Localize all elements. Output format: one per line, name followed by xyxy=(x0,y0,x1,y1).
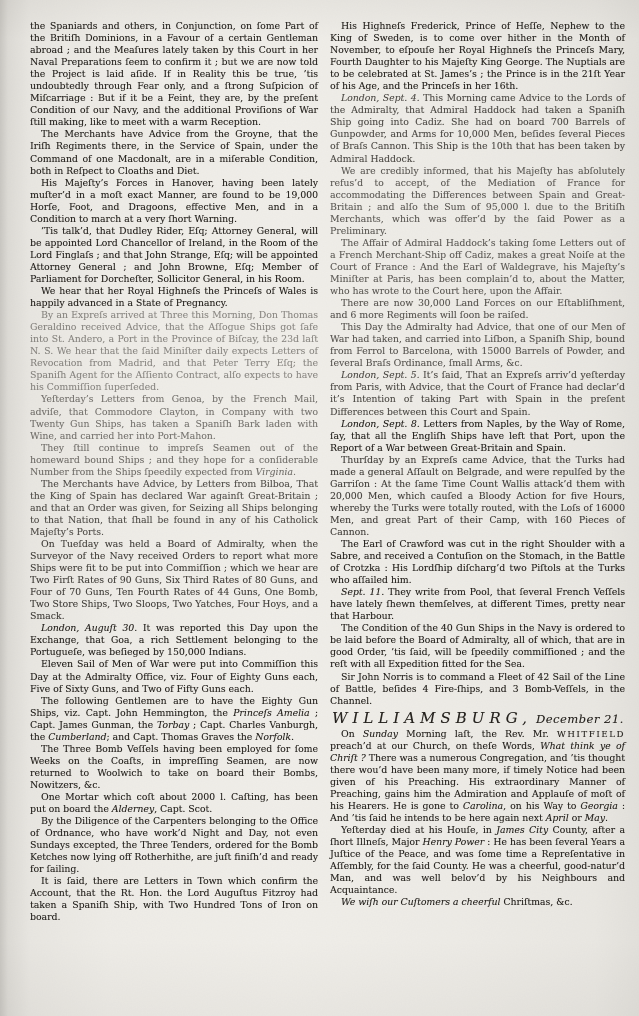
italic-text-run: December 21. xyxy=(532,712,624,726)
paragraph: On Sunday Morning laſt, the Rev. Mr. WHI… xyxy=(330,729,625,825)
text-run: The Three Bomb Veſſels having been emplo… xyxy=(30,744,318,791)
left-column: the Spaniards and others, in Conjunction… xyxy=(30,21,318,925)
text-run: His Highneſs Frederick, Prince of Heſſe,… xyxy=(330,21,625,92)
paragraph: Eleven Sail of Men of War were put into … xyxy=(30,659,318,695)
paragraph: London, Sept. 5. It’s ſaid, That an Expr… xyxy=(330,370,625,418)
text-run: Eleven Sail of Men of War were put into … xyxy=(30,659,318,694)
italic-text-run: Georgia xyxy=(580,801,617,812)
paragraph: By an Expreſs arrived at Three this Morn… xyxy=(30,310,318,394)
text-run: Morning laſt, the Rev. Mr. xyxy=(398,729,557,740)
text-run: By the Diligence of the Carpenters belon… xyxy=(30,816,318,875)
paragraph: Yeſterday died at his Houſe, in James Ci… xyxy=(330,825,625,897)
paragraph: The Earl of Crawford was cut in the righ… xyxy=(330,539,625,587)
newspaper-page: the Spaniards and others, in Conjunction… xyxy=(0,0,639,1016)
italic-text-run: London, Auguſt 30. xyxy=(41,623,143,634)
paragraph: We are credibly informed, that his Majeſ… xyxy=(330,166,625,238)
italic-text-run: May xyxy=(585,813,605,824)
paragraph: Sept. 11. They write from Pool, that ſev… xyxy=(330,587,625,623)
paragraph: Thurſday by an Expreſs came Advice, that… xyxy=(330,455,625,539)
paragraph: We hear that her Royal Highneſs the Prin… xyxy=(30,286,318,310)
italic-text-run: Princeſs Amelia xyxy=(233,708,309,719)
text-run: We hear that her Royal Highneſs the Prin… xyxy=(30,286,318,309)
italic-text-run: London, Sept. 4. xyxy=(341,93,423,104)
text-run: preach’d at our Church, on theſe Words, xyxy=(330,741,540,752)
paragraph: By the Diligence of the Carpenters belon… xyxy=(30,816,318,876)
paragraph: The Affair of Admiral Haddock’s taking ſ… xyxy=(330,238,625,298)
text-run: . xyxy=(293,467,296,478)
text-run: The Merchants have Advice from the Groyn… xyxy=(30,129,318,176)
paragraph: This Day the Admiralty had Advice, that … xyxy=(330,322,625,370)
text-run: On xyxy=(341,729,363,740)
text-run: Yeſterday died at his Houſe, in xyxy=(341,825,496,836)
paragraph: It is ſaid, there are Letters in Town wh… xyxy=(30,876,318,924)
paragraph: London, Sept. 4. This Morning came Advic… xyxy=(330,93,625,165)
text-run: This Day the Admiralty had Advice, that … xyxy=(330,322,625,369)
dateline-heading: WILLIAMSBURG, December 21. xyxy=(330,710,625,728)
paragraph: On Tueſday was held a Board of Admiralty… xyxy=(30,539,318,623)
text-run: His Majeſty’s Forces in Hanover, having … xyxy=(30,178,318,225)
text-run: ’Tis talk’d, that Dudley Rider, Eſq; Att… xyxy=(30,226,318,285)
paragraph: The Three Bomb Veſſels having been emplo… xyxy=(30,744,318,792)
name-in-spaced-caps: WHITFIELD xyxy=(557,730,625,740)
text-run: The Earl of Crawford was cut in the righ… xyxy=(330,539,625,586)
text-run: There are now 30,000 Land Forces on our … xyxy=(330,298,625,321)
paragraph: His Majeſty’s Forces in Hanover, having … xyxy=(30,178,318,226)
text-run: the Spaniards and others, in Conjunction… xyxy=(30,21,318,128)
paragraph: The Condition of the 40 Gun Ships in the… xyxy=(330,623,625,671)
italic-text-run: WILLIAMSBURG, xyxy=(332,709,532,727)
right-column: His Highneſs Frederick, Prince of Heſſe,… xyxy=(330,21,625,925)
italic-text-run: James City xyxy=(496,825,548,836)
text-run: , on his Way to xyxy=(503,801,580,812)
text-run: . xyxy=(605,813,608,824)
text-run: It is ſaid, there are Letters in Town wh… xyxy=(30,876,318,923)
italic-text-run: London, Sept. 8. xyxy=(341,419,423,430)
italic-text-run: Cumberland xyxy=(48,732,106,743)
paragraph: ’Tis talk’d, that Dudley Rider, Eſq; Att… xyxy=(30,226,318,286)
italic-text-run: Sept. 11. xyxy=(341,587,388,598)
text-run: or xyxy=(569,813,585,824)
paragraph: They ſtill continue to impreſs Seamen ou… xyxy=(30,443,318,479)
italic-text-run: Alderney xyxy=(112,804,154,815)
paragraph: London, Sept. 8. Letters from Naples, by… xyxy=(330,419,625,455)
text-run: The Condition of the 40 Gun Ships in the… xyxy=(330,623,625,670)
paragraph: There are now 30,000 Land Forces on our … xyxy=(330,298,625,322)
paragraph: the Spaniards and others, in Conjunction… xyxy=(30,21,318,129)
paragraph: We wiſh our Cuſtomers a cheerful Chriſtm… xyxy=(330,897,625,909)
paragraph: His Highneſs Frederick, Prince of Heſſe,… xyxy=(330,21,625,93)
italic-text-run: We wiſh our Cuſtomers a cheerful xyxy=(341,897,500,908)
text-run: Yeſterday’s Letters from Genoa, by the F… xyxy=(30,394,318,441)
italic-text-run: Sunday xyxy=(363,729,398,740)
italic-text-run: Torbay xyxy=(157,720,189,731)
italic-text-run: Carolina xyxy=(463,801,503,812)
text-run: , Capt. Scot. xyxy=(154,804,212,815)
italic-text-run: Henry Power xyxy=(422,837,484,848)
text-run: The Merchants have Advice, by Letters fr… xyxy=(30,479,318,538)
paragraph: The following Gentlemen are to have the … xyxy=(30,696,318,744)
paragraph: The Merchants have Advice, by Letters fr… xyxy=(30,479,318,539)
italic-text-run: April xyxy=(546,813,569,824)
text-run: The Affair of Admiral Haddock’s taking ſ… xyxy=(330,238,625,297)
text-run: On Tueſday was held a Board of Admiralty… xyxy=(30,539,318,622)
text-run: ; and Capt. Thomas Graves the xyxy=(106,732,255,743)
text-run: We are credibly informed, that his Majeſ… xyxy=(330,166,625,237)
italic-text-run: Virginia xyxy=(256,467,293,478)
paragraph: Yeſterday’s Letters from Genoa, by the F… xyxy=(30,394,318,442)
text-run: Chriſtmas, &c. xyxy=(500,897,572,908)
text-run: Thurſday by an Expreſs came Advice, that… xyxy=(330,455,625,538)
text-run: . xyxy=(291,732,294,743)
paragraph: One Mortar which coſt about 2000 l. Caſt… xyxy=(30,792,318,816)
paragraph: Sir John Norris is to command a Fleet of… xyxy=(330,672,625,708)
italic-text-run: London, Sept. 5. xyxy=(341,370,423,381)
text-run: By an Expreſs arrived at Three this Morn… xyxy=(30,310,318,393)
italic-text-run: Norfolk xyxy=(255,732,291,743)
text-run: Sir John Norris is to command a Fleet of… xyxy=(330,672,625,707)
column-layout: the Spaniards and others, in Conjunction… xyxy=(30,21,625,925)
paragraph: The Merchants have Advice from the Groyn… xyxy=(30,129,318,177)
paragraph: London, Auguſt 30. It was reported this … xyxy=(30,623,318,659)
